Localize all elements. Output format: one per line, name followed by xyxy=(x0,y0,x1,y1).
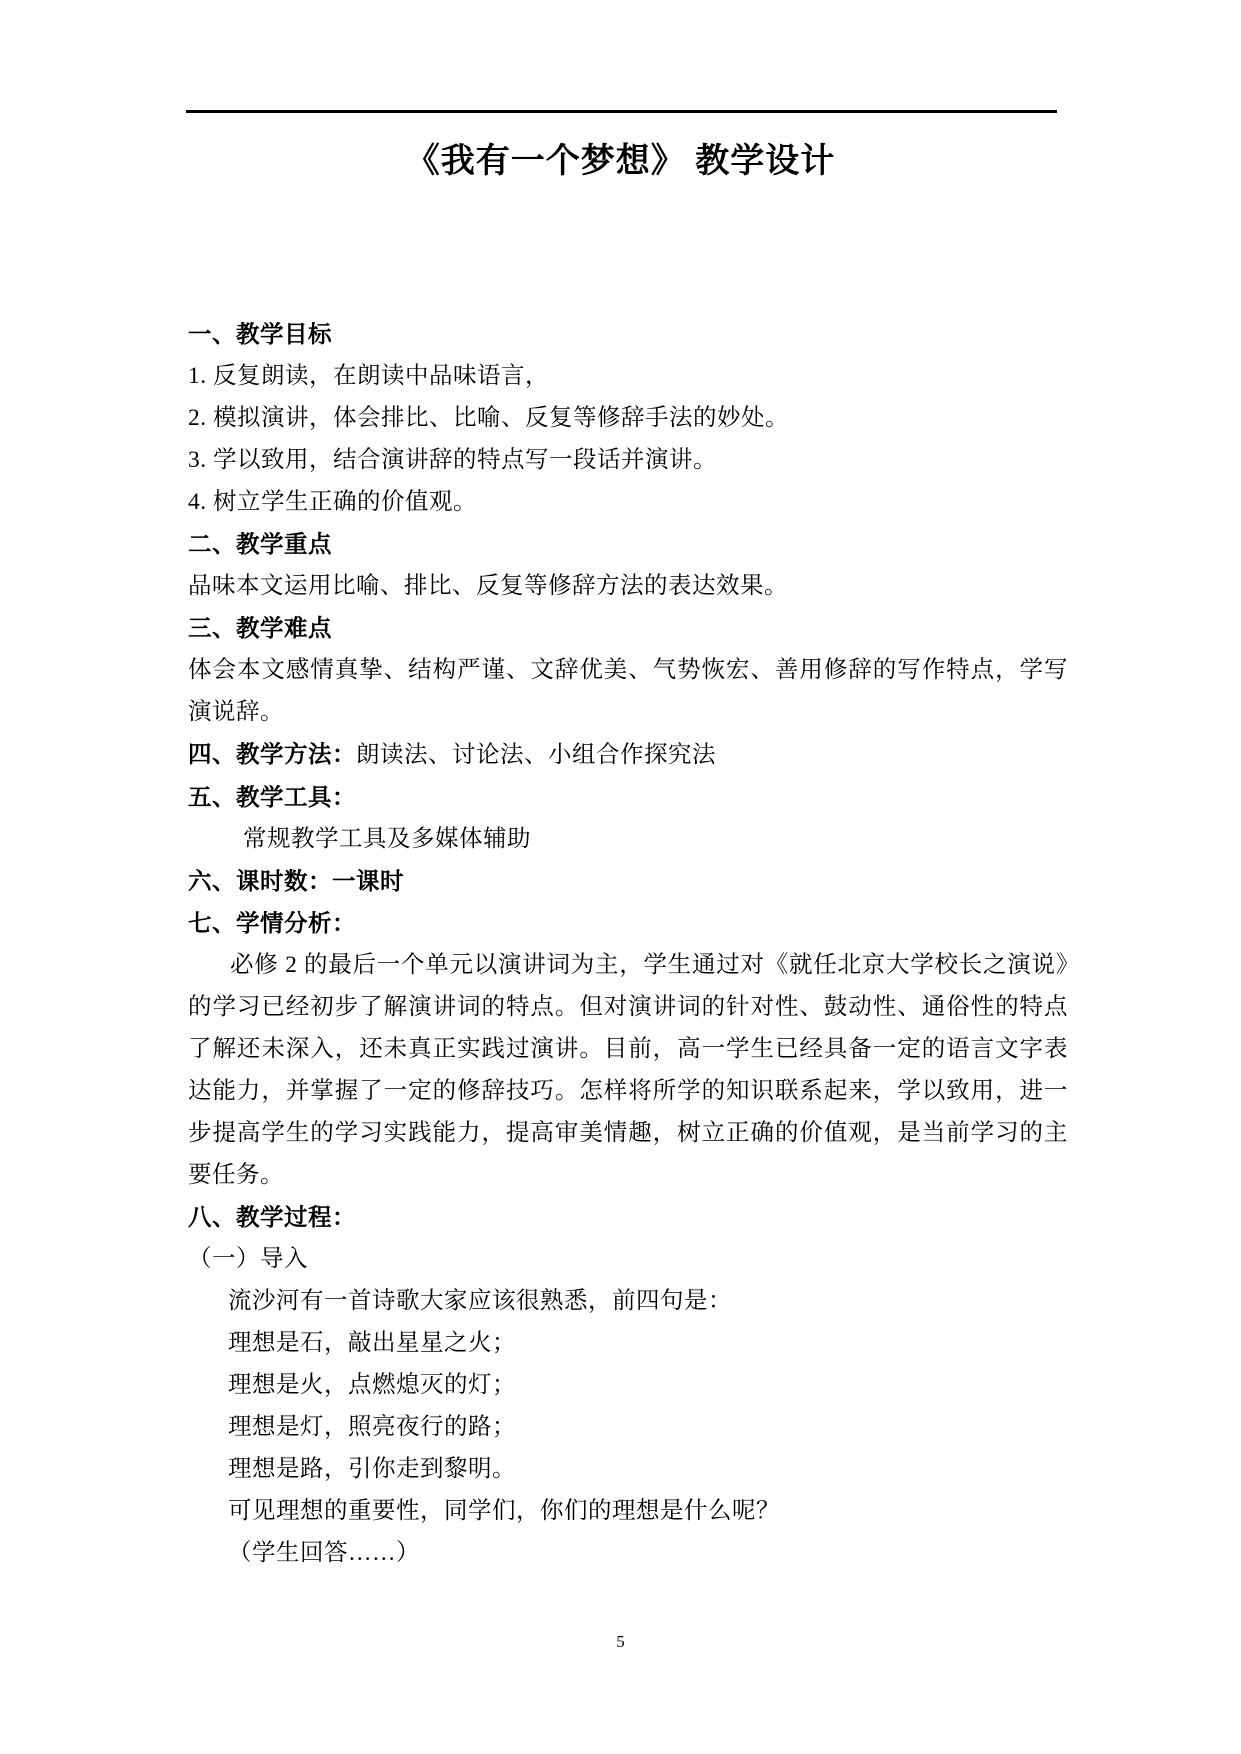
lead-in-intro: 流沙河有一首诗歌大家应该很熟悉，前四句是： xyxy=(188,1280,1068,1322)
heading-objectives: 一、教学目标 xyxy=(188,313,1068,355)
document-body: 一、教学目标 1. 反复朗读，在朗读中品味语言， 2. 模拟演讲，体会排比、比喻… xyxy=(188,313,1068,1574)
heading-key-points: 二、教学重点 xyxy=(188,523,1068,565)
page-footer: 5 xyxy=(0,1630,1241,1654)
heading-methods: 四、教学方法： xyxy=(188,741,356,767)
lead-in-question: 可见理想的重要性，同学们，你们的理想是什么呢？ xyxy=(188,1490,1068,1532)
poem-line: 理想是灯，照亮夜行的路； xyxy=(188,1406,1068,1448)
objective-item: 4. 树立学生正确的价值观。 xyxy=(188,481,1068,523)
heading-teaching-process: 八、教学过程： xyxy=(188,1196,1068,1238)
heading-learner-analysis: 七、学情分析： xyxy=(188,902,1068,944)
methods-value: 朗读法、讨论法、小组合作探究法 xyxy=(356,742,716,768)
page-number: 5 xyxy=(616,1632,625,1651)
tools-text: 常规教学工具及多媒体辅助 xyxy=(188,818,1068,860)
poem-line: 理想是石，敲出星星之火； xyxy=(188,1322,1068,1364)
difficulties-text: 体会本文感情真挚、结构严谨、文辞优美、气势恢宏、善用修辞的写作特点，学写演说辞。 xyxy=(188,649,1068,733)
key-points-text: 品味本文运用比喻、排比、反复等修辞方法的表达效果。 xyxy=(188,565,1068,607)
subsection-lead-in: （一）导入 xyxy=(188,1238,1068,1280)
objective-item: 3. 学以致用，结合演讲辞的特点写一段话并演讲。 xyxy=(188,439,1068,481)
document-title: 《我有一个梦想》 教学设计 xyxy=(0,138,1241,186)
lead-in-note: （学生回答……） xyxy=(188,1532,1068,1574)
objective-item: 1. 反复朗读，在朗读中品味语言， xyxy=(188,355,1068,397)
poem-line: 理想是路，引你走到黎明。 xyxy=(188,1448,1068,1490)
poem-line: 理想是火，点燃熄灭的灯； xyxy=(188,1364,1068,1406)
objective-item: 2. 模拟演讲，体会排比、比喻、反复等修辞手法的妙处。 xyxy=(188,397,1068,439)
heading-tools: 五、教学工具： xyxy=(188,776,1068,818)
learner-analysis-text: 必修 2 的最后一个单元以演讲词为主，学生通过对《就任北京大学校长之演说》的学习… xyxy=(188,944,1068,1196)
methods-line: 四、教学方法：朗读法、讨论法、小组合作探究法 xyxy=(188,733,1068,776)
heading-class-hours: 六、课时数：一课时 xyxy=(188,860,1068,902)
header-rule xyxy=(186,110,1057,113)
heading-difficulties: 三、教学难点 xyxy=(188,607,1068,649)
document-page: 《我有一个梦想》 教学设计 一、教学目标 1. 反复朗读，在朗读中品味语言， 2… xyxy=(0,0,1241,1754)
